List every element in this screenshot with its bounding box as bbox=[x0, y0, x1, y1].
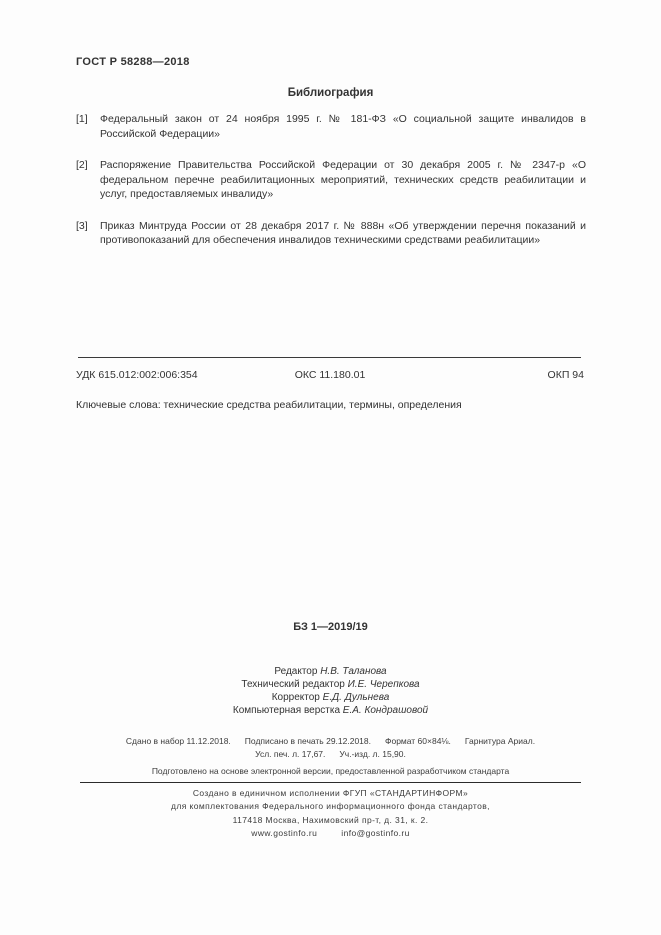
section-title: Библиография bbox=[0, 87, 661, 99]
print-sheets-publ: Уч.-изд. л. 15,90. bbox=[339, 749, 405, 759]
okp-code: ОКП 94 bbox=[415, 369, 584, 381]
publisher-email: info@gostinfo.ru bbox=[341, 828, 409, 838]
print-info-line2: Усл. печ. л. 17,67.Уч.-изд. л. 15,90. bbox=[0, 748, 661, 761]
credit-role: Технический редактор bbox=[241, 679, 344, 690]
ref-text: Распоряжение Правительства Российской Фе… bbox=[100, 158, 586, 202]
document-page: ГОСТ Р 58288—2018 Библиография [1] Федер… bbox=[0, 0, 661, 935]
ref-number: [2] bbox=[76, 158, 100, 202]
credit-line: Компьютерная верстка Е.А. Кондрашовой bbox=[0, 704, 661, 717]
print-info-line1: Сдано в набор 11.12.2018.Подписано в печ… bbox=[0, 735, 661, 748]
credit-role: Редактор bbox=[274, 666, 317, 677]
bibliography-entry: [3] Приказ Минтруда России от 28 декабря… bbox=[76, 219, 586, 248]
horizontal-rule bbox=[78, 357, 581, 358]
print-info-block: Сдано в набор 11.12.2018.Подписано в печ… bbox=[0, 735, 661, 761]
bibliography-entry: [1] Федеральный закон от 24 ноября 1995 … bbox=[76, 112, 586, 141]
doc-number: ГОСТ Р 58288—2018 bbox=[76, 56, 190, 68]
credit-name: И.Е. Черепкова bbox=[348, 679, 420, 690]
prepared-note: Подготовлено на основе электронной верси… bbox=[0, 766, 661, 776]
credit-name: Е.Д. Дульнева bbox=[323, 692, 390, 703]
oks-code: ОКС 11.180.01 bbox=[245, 369, 414, 381]
credit-line: Редактор Н.В. Таланова bbox=[0, 665, 661, 678]
publisher-footer: Создано в единичном исполнении ФГУП «СТА… bbox=[0, 787, 661, 839]
credit-line: Технический редактор И.Е. Черепкова bbox=[0, 678, 661, 691]
credits-block: Редактор Н.В. Таланова Технический редак… bbox=[0, 665, 661, 717]
credit-role: Корректор bbox=[272, 692, 320, 703]
udk-code: УДК 615.012:002:006:354 bbox=[76, 369, 245, 381]
credit-name: Е.А. Кондрашовой bbox=[343, 705, 428, 716]
print-sheets-cond: Усл. печ. л. 17,67. bbox=[255, 749, 325, 759]
ref-text: Федеральный закон от 24 ноября 1995 г. №… bbox=[100, 112, 586, 141]
bibliography-entry: [2] Распоряжение Правительства Российско… bbox=[76, 158, 586, 202]
print-set-date: Сдано в набор 11.12.2018. bbox=[126, 736, 231, 746]
publisher-website: www.gostinfo.ru bbox=[251, 828, 317, 838]
credit-line: Корректор Е.Д. Дульнева bbox=[0, 691, 661, 704]
bibliography-list: [1] Федеральный закон от 24 ноября 1995 … bbox=[76, 112, 586, 265]
publisher-address: 117418 Москва, Нахимовский пр-т, д. 31, … bbox=[0, 814, 661, 827]
classification-codes: УДК 615.012:002:006:354 ОКС 11.180.01 ОК… bbox=[76, 369, 584, 381]
credit-role: Компьютерная верстка bbox=[233, 705, 340, 716]
print-sign-date: Подписано в печать 29.12.2018. bbox=[245, 736, 371, 746]
credit-name: Н.В. Таланова bbox=[320, 666, 386, 677]
ref-text: Приказ Минтруда России от 28 декабря 201… bbox=[100, 219, 586, 248]
created-line-2: для комплектования Федерального информац… bbox=[0, 800, 661, 813]
ref-number: [3] bbox=[76, 219, 100, 248]
print-typeface: Гарнитура Ариал. bbox=[465, 736, 535, 746]
contact-line: www.gostinfo.ruinfo@gostinfo.ru bbox=[0, 827, 661, 840]
ref-number: [1] bbox=[76, 112, 100, 141]
keywords-line: Ключевые слова: технические средства реа… bbox=[76, 399, 586, 411]
footer-rule bbox=[80, 782, 581, 783]
created-line-1: Создано в единичном исполнении ФГУП «СТА… bbox=[0, 787, 661, 800]
print-format: Формат 60×84⅛. bbox=[385, 736, 451, 746]
bz-number: БЗ 1—2019/19 bbox=[0, 621, 661, 633]
